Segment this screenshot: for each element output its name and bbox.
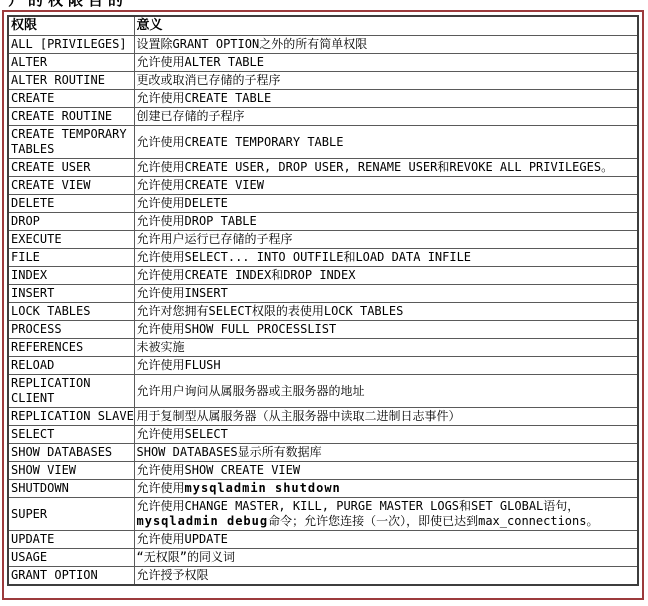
meaning-cell: 允许授予权限 xyxy=(134,567,638,586)
meaning-text-segment: 允许使用DROP TABLE xyxy=(137,214,257,228)
meaning-text-segment: 更改或取消已存储的子程序 xyxy=(137,73,281,87)
meaning-cell: 允许使用CREATE VIEW xyxy=(134,177,638,195)
table-row: USAGE“无权限”的同义词 xyxy=(8,549,638,567)
meaning-text-segment: 允许使用SHOW CREATE VIEW xyxy=(137,463,301,477)
table-row: DELETE允许使用DELETE xyxy=(8,195,638,213)
table-row: SELECT允许使用SELECT xyxy=(8,426,638,444)
meaning-cell: 允许使用CREATE USER, DROP USER, RENAME USER和… xyxy=(134,159,638,177)
privilege-cell: DROP xyxy=(8,213,134,231)
meaning-text-segment: 创建已存储的子程序 xyxy=(137,109,245,123)
meaning-cell: 允许使用DELETE xyxy=(134,195,638,213)
meaning-cell: 允许使用ALTER TABLE xyxy=(134,54,638,72)
meaning-cell: 允许用户询问从属服务器或主服务器的地址 xyxy=(134,375,638,408)
table-row: LOCK TABLES允许对您拥有SELECT权限的表使用LOCK TABLES xyxy=(8,303,638,321)
table-row: SHOW DATABASESSHOW DATABASES显示所有数据库 xyxy=(8,444,638,462)
meaning-text-segment: 允许使用UPDATE xyxy=(137,532,228,546)
table-row: DROP允许使用DROP TABLE xyxy=(8,213,638,231)
meaning-text-segment: SHOW DATABASES显示所有数据库 xyxy=(137,445,322,459)
meaning-cell: 允许使用CREATE TEMPORARY TABLE xyxy=(134,126,638,159)
privilege-cell: ALL [PRIVILEGES] xyxy=(8,36,134,54)
meaning-text-segment: 允许使用SELECT xyxy=(137,427,228,441)
meaning-bold-segment: mysqladmin debug xyxy=(137,514,269,528)
privilege-cell: SHOW DATABASES xyxy=(8,444,134,462)
privilege-cell: INDEX xyxy=(8,267,134,285)
column-header-privilege: 权限 xyxy=(8,16,134,36)
meaning-text-segment: 允许对您拥有SELECT权限的表使用LOCK TABLES xyxy=(137,304,404,318)
privilege-cell: LOCK TABLES xyxy=(8,303,134,321)
privilege-cell: GRANT OPTION xyxy=(8,567,134,586)
table-row: GRANT OPTION允许授予权限 xyxy=(8,567,638,586)
table-row: REPLICATION SLAVE用于复制型从属服务器（从主服务器中读取二进制日… xyxy=(8,408,638,426)
table-row: INDEX允许使用CREATE INDEX和DROP INDEX xyxy=(8,267,638,285)
meaning-text-segment: 允许用户询问从属服务器或主服务器的地址 xyxy=(137,384,365,398)
meaning-cell: 允许使用INSERT xyxy=(134,285,638,303)
meaning-cell: 允许用户运行已存储的子程序 xyxy=(134,231,638,249)
meaning-bold-segment: mysqladmin shutdown xyxy=(185,481,341,495)
meaning-cell: 允许使用UPDATE xyxy=(134,531,638,549)
table-row: RELOAD允许使用FLUSH xyxy=(8,357,638,375)
table-row: REFERENCES未被实施 xyxy=(8,339,638,357)
table-row: SHUTDOWN允许使用mysqladmin shutdown xyxy=(8,480,638,498)
meaning-text-segment: 允许使用DELETE xyxy=(137,196,228,210)
table-row: PROCESS允许使用SHOW FULL PROCESSLIST xyxy=(8,321,638,339)
meaning-text-segment: 允许授予权限 xyxy=(137,568,209,582)
column-header-meaning: 意义 xyxy=(134,16,638,36)
meaning-text-segment: 用于复制型从属服务器（从主服务器中读取二进制日志事件） xyxy=(137,409,461,423)
meaning-text-segment: 允许使用ALTER TABLE xyxy=(137,55,264,69)
privilege-cell: USAGE xyxy=(8,549,134,567)
meaning-text-segment: 允许使用CREATE USER, DROP USER, RENAME USER和… xyxy=(137,160,614,174)
meaning-text-segment: 允许使用CREATE VIEW xyxy=(137,178,264,192)
meaning-text-segment: 允许使用 xyxy=(137,481,185,495)
meaning-text-segment: 允许使用INSERT xyxy=(137,286,228,300)
meaning-text-segment: “无权限”的同义词 xyxy=(137,550,235,564)
table-row: CREATE USER允许使用CREATE USER, DROP USER, R… xyxy=(8,159,638,177)
privileges-table: 权限 意义 ALL [PRIVILEGES]设置除GRANT OPTION之外的… xyxy=(7,15,639,586)
meaning-cell: 允许使用SHOW FULL PROCESSLIST xyxy=(134,321,638,339)
meaning-text-segment: 允许使用FLUSH xyxy=(137,358,221,372)
meaning-cell: 允许使用SELECT xyxy=(134,426,638,444)
privilege-cell: CREATE xyxy=(8,90,134,108)
table-row: FILE允许使用SELECT... INTO OUTFILE和LOAD DATA… xyxy=(8,249,638,267)
meaning-text-segment: 允许使用SELECT... INTO OUTFILE和LOAD DATA INF… xyxy=(137,250,472,264)
meaning-cell: 更改或取消已存储的子程序 xyxy=(134,72,638,90)
table-row: SHOW VIEW允许使用SHOW CREATE VIEW xyxy=(8,462,638,480)
privilege-cell: ALTER ROUTINE xyxy=(8,72,134,90)
table-row: ALTER允许使用ALTER TABLE xyxy=(8,54,638,72)
meaning-text-segment: 允许使用CREATE TABLE xyxy=(137,91,272,105)
table-row: INSERT允许使用INSERT xyxy=(8,285,638,303)
meaning-cell: “无权限”的同义词 xyxy=(134,549,638,567)
privilege-cell: REPLICATION CLIENT xyxy=(8,375,134,408)
meaning-cell: 允许使用CHANGE MASTER, KILL, PURGE MASTER LO… xyxy=(134,498,638,531)
meaning-cell: 允许使用FLUSH xyxy=(134,357,638,375)
privilege-cell: ALTER xyxy=(8,54,134,72)
table-row: CREATE ROUTINE创建已存储的子程序 xyxy=(8,108,638,126)
meaning-cell: 允许使用SELECT... INTO OUTFILE和LOAD DATA INF… xyxy=(134,249,638,267)
meaning-cell: 未被实施 xyxy=(134,339,638,357)
privilege-cell: INSERT xyxy=(8,285,134,303)
table-row: CREATE TEMPORARY TABLES允许使用CREATE TEMPOR… xyxy=(8,126,638,159)
meaning-text-segment: 允许用户运行已存储的子程序 xyxy=(137,232,293,246)
privilege-cell: REFERENCES xyxy=(8,339,134,357)
table-row: CREATE VIEW允许使用CREATE VIEW xyxy=(8,177,638,195)
table-row: EXECUTE允许用户运行已存储的子程序 xyxy=(8,231,638,249)
table-header-row: 权限 意义 xyxy=(8,16,638,36)
meaning-cell: SHOW DATABASES显示所有数据库 xyxy=(134,444,638,462)
table-body: ALL [PRIVILEGES]设置除GRANT OPTION之外的所有简单权限… xyxy=(8,36,638,586)
meaning-text-segment: 允许使用CREATE INDEX和DROP INDEX xyxy=(137,268,356,282)
meaning-cell: 创建已存储的子程序 xyxy=(134,108,638,126)
page: ）的权限目的 权限 意义 ALL [PRIVILEGES]设置除GRANT OP… xyxy=(0,0,648,606)
table-row: ALTER ROUTINE更改或取消已存储的子程序 xyxy=(8,72,638,90)
meaning-text-segment: 允许使用CHANGE MASTER, KILL, PURGE MASTER LO… xyxy=(137,499,580,513)
privilege-cell: FILE xyxy=(8,249,134,267)
privilege-cell: DELETE xyxy=(8,195,134,213)
privilege-cell: PROCESS xyxy=(8,321,134,339)
meaning-cell: 允许使用DROP TABLE xyxy=(134,213,638,231)
privilege-cell: CREATE TEMPORARY TABLES xyxy=(8,126,134,159)
privilege-cell: RELOAD xyxy=(8,357,134,375)
clipped-heading: ）的权限目的 xyxy=(8,0,208,8)
privilege-cell: EXECUTE xyxy=(8,231,134,249)
meaning-cell: 用于复制型从属服务器（从主服务器中读取二进制日志事件） xyxy=(134,408,638,426)
privilege-cell: CREATE VIEW xyxy=(8,177,134,195)
meaning-cell: 允许对您拥有SELECT权限的表使用LOCK TABLES xyxy=(134,303,638,321)
meaning-cell: 允许使用CREATE TABLE xyxy=(134,90,638,108)
privilege-cell: SHOW VIEW xyxy=(8,462,134,480)
meaning-cell: 允许使用mysqladmin shutdown xyxy=(134,480,638,498)
meaning-text-segment: 允许使用SHOW FULL PROCESSLIST xyxy=(137,322,337,336)
table-row: CREATE允许使用CREATE TABLE xyxy=(8,90,638,108)
table-row: ALL [PRIVILEGES]设置除GRANT OPTION之外的所有简单权限 xyxy=(8,36,638,54)
meaning-text-segment: 未被实施 xyxy=(137,340,185,354)
table-row: UPDATE允许使用UPDATE xyxy=(8,531,638,549)
meaning-cell: 设置除GRANT OPTION之外的所有简单权限 xyxy=(134,36,638,54)
privilege-cell: SUPER xyxy=(8,498,134,531)
privilege-cell: REPLICATION SLAVE xyxy=(8,408,134,426)
meaning-text-segment: 允许使用CREATE TEMPORARY TABLE xyxy=(137,135,344,149)
meaning-cell: 允许使用SHOW CREATE VIEW xyxy=(134,462,638,480)
table-row: SUPER允许使用CHANGE MASTER, KILL, PURGE MAST… xyxy=(8,498,638,531)
meaning-cell: 允许使用CREATE INDEX和DROP INDEX xyxy=(134,267,638,285)
privilege-cell: SELECT xyxy=(8,426,134,444)
meaning-text-segment: 命令；允许您连接（一次），即使已达到max_connections。 xyxy=(268,514,598,528)
meaning-text-segment: 设置除GRANT OPTION之外的所有简单权限 xyxy=(137,37,368,51)
content-frame: 权限 意义 ALL [PRIVILEGES]设置除GRANT OPTION之外的… xyxy=(2,10,644,600)
clipped-heading-text: ）的权限目的 xyxy=(8,0,208,8)
privilege-cell: UPDATE xyxy=(8,531,134,549)
privilege-cell: CREATE USER xyxy=(8,159,134,177)
table-row: REPLICATION CLIENT允许用户询问从属服务器或主服务器的地址 xyxy=(8,375,638,408)
privilege-cell: SHUTDOWN xyxy=(8,480,134,498)
privilege-cell: CREATE ROUTINE xyxy=(8,108,134,126)
